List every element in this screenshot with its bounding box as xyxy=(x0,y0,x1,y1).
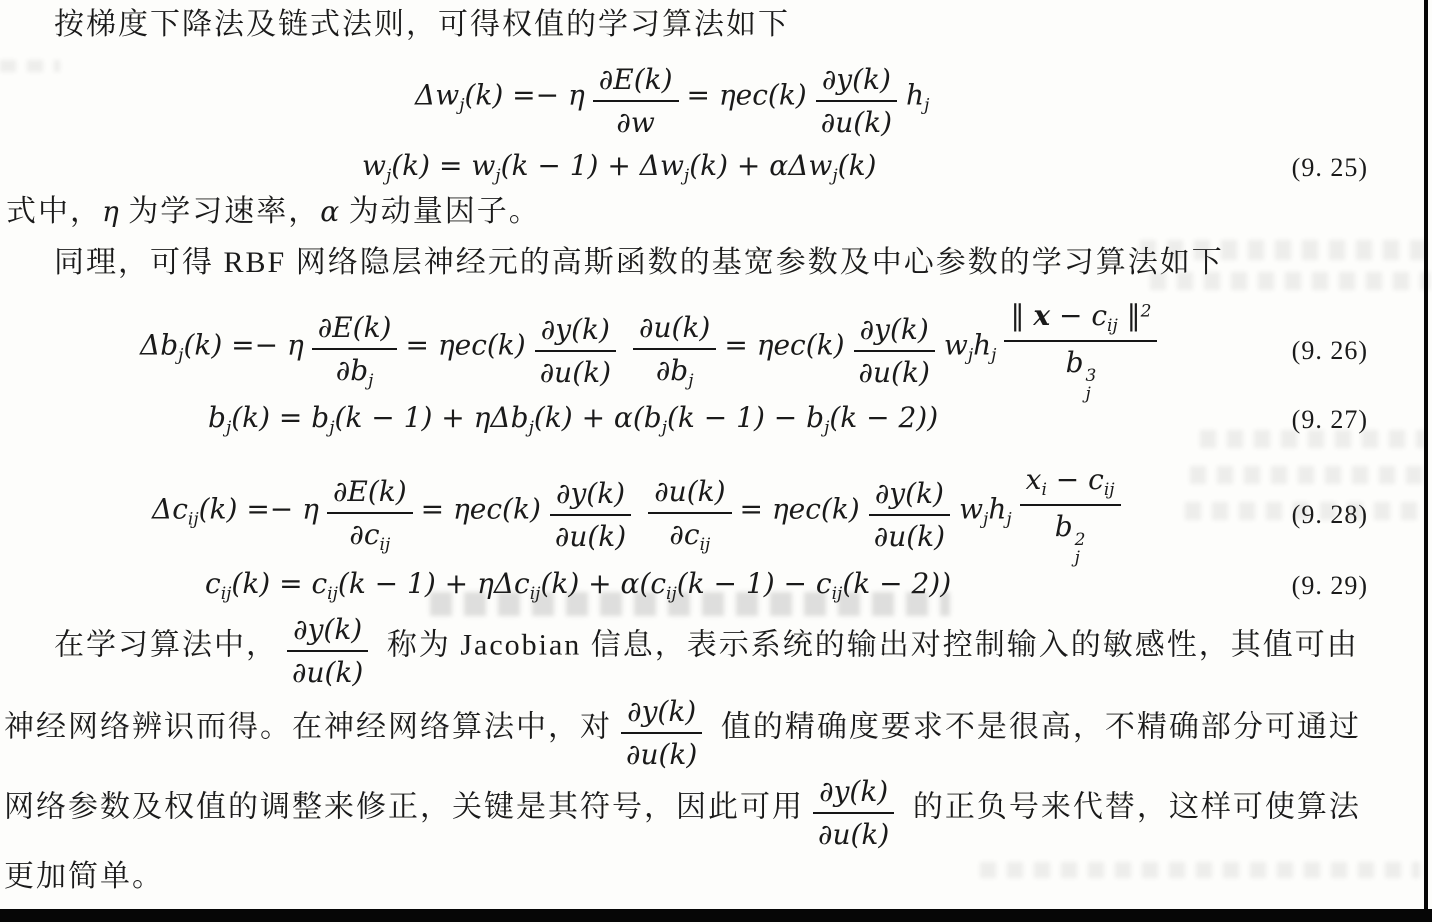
subscript: ij xyxy=(327,584,338,604)
math-run: (k − 1) − c xyxy=(677,567,832,600)
equation-line: Δcij(k) =− η∂E(k)∂cij= ηec(k)∂y(k)∂u(k)∂… xyxy=(0,462,1432,567)
math-run: w xyxy=(959,492,983,525)
math-run: ∂y(k) xyxy=(822,63,891,96)
fraction: ‖ x − cij ‖2b3j xyxy=(1004,298,1157,403)
equation-line: wj(k) = wj(k − 1) + Δwj(k) + αΔwj(k)(9. … xyxy=(0,148,1432,187)
math-run: h xyxy=(906,79,924,112)
text-run: 为动量因子。 xyxy=(339,195,541,228)
math-run: ∂u(k) xyxy=(626,738,697,771)
subscript: ij xyxy=(700,535,711,555)
fraction-numerator: ∂E(k) xyxy=(593,62,679,102)
fraction-denominator: ∂u(k) xyxy=(286,652,369,690)
fraction: ∂y(k)∂u(k) xyxy=(812,774,895,852)
math-run: = ηec(k) xyxy=(405,328,525,361)
text-line: 更加简单。 xyxy=(0,858,1432,896)
math-run: − c xyxy=(1047,463,1104,496)
math-run: ∂u(k) xyxy=(821,106,892,139)
math-run: ∂c xyxy=(669,518,699,551)
math-run: ∂u(k) xyxy=(654,475,725,508)
text-run: 值的精确度要求不是很高，不精确部分可通过 xyxy=(711,711,1361,744)
fraction-numerator: ∂y(k) xyxy=(813,774,894,814)
math-run: (k) xyxy=(838,149,877,182)
math-run: (k) + α(c xyxy=(540,567,666,600)
fraction-numerator: ∂y(k) xyxy=(550,476,631,516)
math-run: (k − 2)) xyxy=(829,401,938,434)
math-run: ∂u(k) xyxy=(818,818,889,851)
fraction: ∂E(k)∂bj xyxy=(312,310,398,392)
superscript: 2 xyxy=(1075,532,1086,550)
math-run: ∂w xyxy=(616,106,654,139)
math-run: ∂y(k) xyxy=(293,613,362,646)
fraction-denominator: ∂bj xyxy=(330,350,380,392)
fraction-denominator: ∂u(k) xyxy=(812,814,895,852)
math-run: ∂y(k) xyxy=(541,313,610,346)
math-run: Δc xyxy=(152,492,188,525)
text-line: 式中，η 为学习速率，α 为动量因子。 xyxy=(0,193,1432,231)
fraction-denominator: ∂u(k) xyxy=(815,102,898,140)
math-run: ∂E(k) xyxy=(333,475,407,508)
fraction: ∂u(k)∂bj xyxy=(633,310,716,392)
subscript: ij xyxy=(221,584,232,604)
fraction-numerator: ∂y(k) xyxy=(287,612,368,652)
fraction-denominator: b2j xyxy=(1049,506,1092,567)
text-line: 同理，可得 RBF 网络隐层神经元的高斯函数的基宽参数及中心参数的学习算法如下 xyxy=(0,244,1432,282)
document-body: 按梯度下降法及链式法则，可得权值的学习算法如下Δwj(k) =− η∂E(k)∂… xyxy=(0,0,1432,924)
math-run: (k − 1) + ηΔc xyxy=(338,567,530,600)
math-run: ∂u(k) xyxy=(859,356,930,389)
math-run: w xyxy=(362,149,386,182)
text-run: 为学习速率， xyxy=(119,195,321,228)
math-run: ∂u(k) xyxy=(874,520,945,553)
math-run: ∂E(k) xyxy=(599,63,673,96)
math-bold-run: x xyxy=(1033,299,1050,332)
math-run: x xyxy=(1026,463,1042,496)
superscript: 2 xyxy=(1141,302,1152,322)
fraction-numerator: ∂y(k) xyxy=(869,476,950,516)
fraction-denominator: ∂u(k) xyxy=(868,516,951,554)
math-run: Δw xyxy=(415,79,459,112)
math-run: (k − 1) + ηΔb xyxy=(335,401,529,434)
fraction: ∂E(k)∂w xyxy=(593,62,679,140)
text-line: 神经网络辨识而得。在神经网络算法中，对∂y(k)∂u(k) 值的精确度要求不是很… xyxy=(0,694,1432,772)
math-run: b xyxy=(1055,510,1073,543)
subscript: j xyxy=(991,345,996,365)
math-run: ∂u(k) xyxy=(555,520,626,553)
text-line: 在学习算法中，∂y(k)∂u(k) 称为 Jacobian 信息，表示系统的输出… xyxy=(0,612,1432,690)
fraction-denominator: ∂u(k) xyxy=(534,352,617,390)
fraction-denominator: ∂cij xyxy=(663,514,716,556)
math-run: ∂E(k) xyxy=(318,311,392,344)
math-run: ‖ xyxy=(1118,299,1141,332)
text-run: 更加简单。 xyxy=(4,860,164,893)
text-run: 在学习算法中， xyxy=(54,629,278,662)
fraction-numerator: ∂y(k) xyxy=(535,312,616,352)
subscript: ij xyxy=(1104,480,1115,500)
scan-edge-right xyxy=(1424,0,1428,922)
fraction-numerator: ∂y(k) xyxy=(621,694,702,734)
math-run: Δb xyxy=(140,328,178,361)
math-run: (k) = c xyxy=(231,567,327,600)
fraction-numerator: ∂u(k) xyxy=(648,474,731,514)
subscript: j xyxy=(924,96,929,116)
math-run: (k − 2)) xyxy=(842,567,951,600)
fraction-denominator: ∂bj xyxy=(650,350,700,392)
equation-line: cij(k) = cij(k − 1) + ηΔcij(k) + α(cij(k… xyxy=(0,566,1432,605)
text-run: 的正负号来代替，这样可使算法 xyxy=(903,791,1361,824)
math-run: ‖ xyxy=(1010,299,1033,332)
math-run: ∂b xyxy=(656,354,688,387)
math-run: w xyxy=(944,328,968,361)
equation-number: (9. 29) xyxy=(1292,569,1368,602)
equation-number: (9. 28) xyxy=(1292,498,1368,531)
math-run: ∂u(k) xyxy=(540,356,611,389)
equation-number: (9. 26) xyxy=(1292,334,1368,367)
fraction: ∂y(k)∂u(k) xyxy=(815,62,898,140)
fraction-numerator: ∂y(k) xyxy=(854,312,935,352)
math-run: ∂y(k) xyxy=(875,477,944,510)
text-run: 同理，可得 RBF 网络隐层神经元的高斯函数的基宽参数及中心参数的学习算法如下 xyxy=(54,246,1224,279)
text-line: 按梯度下降法及链式法则，可得权值的学习算法如下 xyxy=(0,6,1432,44)
fraction-denominator: ∂cij xyxy=(343,514,396,556)
math-run: ∂u(k) xyxy=(292,656,363,689)
subscript: ij xyxy=(188,509,199,529)
fraction-numerator: ∂E(k) xyxy=(312,310,398,350)
math-run: (k − 1) − b xyxy=(667,401,824,434)
subscript: ij xyxy=(380,535,391,555)
scanned-page: { "document": { "language": "zh", "lines… xyxy=(0,0,1432,924)
math-run: ∂y(k) xyxy=(819,775,888,808)
math-run: (k) =− η xyxy=(199,492,319,525)
text-run: 式中， xyxy=(6,195,102,228)
math-run: ∂c xyxy=(349,518,379,551)
fraction-numerator: xi − cij xyxy=(1020,462,1121,506)
math-run: h xyxy=(988,492,1006,525)
math-run: ∂y(k) xyxy=(556,477,625,510)
fraction-denominator: ∂u(k) xyxy=(853,352,936,390)
sup-sub-stack: 3j xyxy=(1086,368,1097,404)
math-run: (k) + αΔw xyxy=(689,149,832,182)
text-run: 神经网络辨识而得。在神经网络算法中，对 xyxy=(4,711,612,744)
math-run: α xyxy=(320,195,339,228)
fraction-numerator: ∂E(k) xyxy=(327,474,413,514)
subscript: ij xyxy=(530,584,541,604)
math-run: c xyxy=(205,567,221,600)
fraction: ∂y(k)∂u(k) xyxy=(853,312,936,390)
math-run: = ηec(k) xyxy=(421,492,541,525)
sup-sub-stack: 2j xyxy=(1075,532,1086,568)
fraction: xi − cijb2j xyxy=(1020,462,1121,567)
math-run: h xyxy=(973,328,991,361)
equation-line: Δwj(k) =− η∂E(k)∂w= ηec(k)∂y(k)∂u(k)hj xyxy=(0,62,1432,140)
subscript: j xyxy=(1075,550,1080,568)
math-run: − c xyxy=(1050,299,1107,332)
fraction: ∂E(k)∂cij xyxy=(327,474,413,556)
text-line: 网络参数及权值的调整来修正，关键是其符号，因此可用∂y(k)∂u(k) 的正负号… xyxy=(0,774,1432,852)
math-run: (k) = w xyxy=(391,149,495,182)
fraction-numerator: ∂y(k) xyxy=(816,62,897,102)
fraction: ∂y(k)∂u(k) xyxy=(534,312,617,390)
text-run: 按梯度下降法及链式法则，可得权值的学习算法如下 xyxy=(54,8,790,41)
math-run: (k) =− η xyxy=(464,79,584,112)
equation-number: (9. 27) xyxy=(1292,403,1368,436)
fraction-numerator: ‖ x − cij ‖2 xyxy=(1004,298,1157,342)
fraction: ∂y(k)∂u(k) xyxy=(549,476,632,554)
math-run: ∂u(k) xyxy=(639,311,710,344)
superscript: 3 xyxy=(1086,368,1097,386)
fraction: ∂y(k)∂u(k) xyxy=(868,476,951,554)
fraction-denominator: b3j xyxy=(1060,342,1103,403)
math-run: ∂y(k) xyxy=(627,695,696,728)
scan-edge-bottom xyxy=(0,909,1432,922)
fraction: ∂y(k)∂u(k) xyxy=(286,612,369,690)
fraction-denominator: ∂u(k) xyxy=(549,516,632,554)
equation-line: bj(k) = bj(k − 1) + ηΔbj(k) + α(bj(k − 1… xyxy=(0,400,1432,439)
equation-line: Δbj(k) =− η∂E(k)∂bj= ηec(k)∂y(k)∂u(k)∂u(… xyxy=(0,298,1432,403)
math-run: = ηec(k) xyxy=(687,79,807,112)
subscript: ij xyxy=(1107,316,1118,336)
math-run: (k − 1) + Δw xyxy=(501,149,684,182)
math-run: η xyxy=(102,195,119,228)
fraction-numerator: ∂u(k) xyxy=(633,310,716,350)
subscript: j xyxy=(368,371,373,391)
subscript: ij xyxy=(832,584,843,604)
math-run: ∂b xyxy=(336,354,368,387)
text-run: 称为 Jacobian 信息，表示系统的输出对控制输入的敏感性，其值可由 xyxy=(377,629,1358,662)
subscript: j xyxy=(1006,509,1011,529)
math-run: = ηec(k) xyxy=(724,328,844,361)
fraction: ∂y(k)∂u(k) xyxy=(620,694,703,772)
text-run: 网络参数及权值的调整来修正，关键是其符号，因此可用 xyxy=(4,791,804,824)
fraction-denominator: ∂w xyxy=(610,102,660,140)
math-run: (k) =− η xyxy=(183,328,303,361)
equation-number: (9. 25) xyxy=(1292,151,1368,184)
math-run: b xyxy=(1066,346,1084,379)
math-run: = ηec(k) xyxy=(740,492,860,525)
math-run: b xyxy=(208,401,226,434)
math-run: ∂y(k) xyxy=(860,313,929,346)
subscript: ij xyxy=(666,584,677,604)
subscript: j xyxy=(688,371,693,391)
math-run: (k) + α(b xyxy=(534,401,662,434)
fraction: ∂u(k)∂cij xyxy=(648,474,731,556)
math-run: (k) = b xyxy=(231,401,329,434)
fraction-denominator: ∂u(k) xyxy=(620,734,703,772)
